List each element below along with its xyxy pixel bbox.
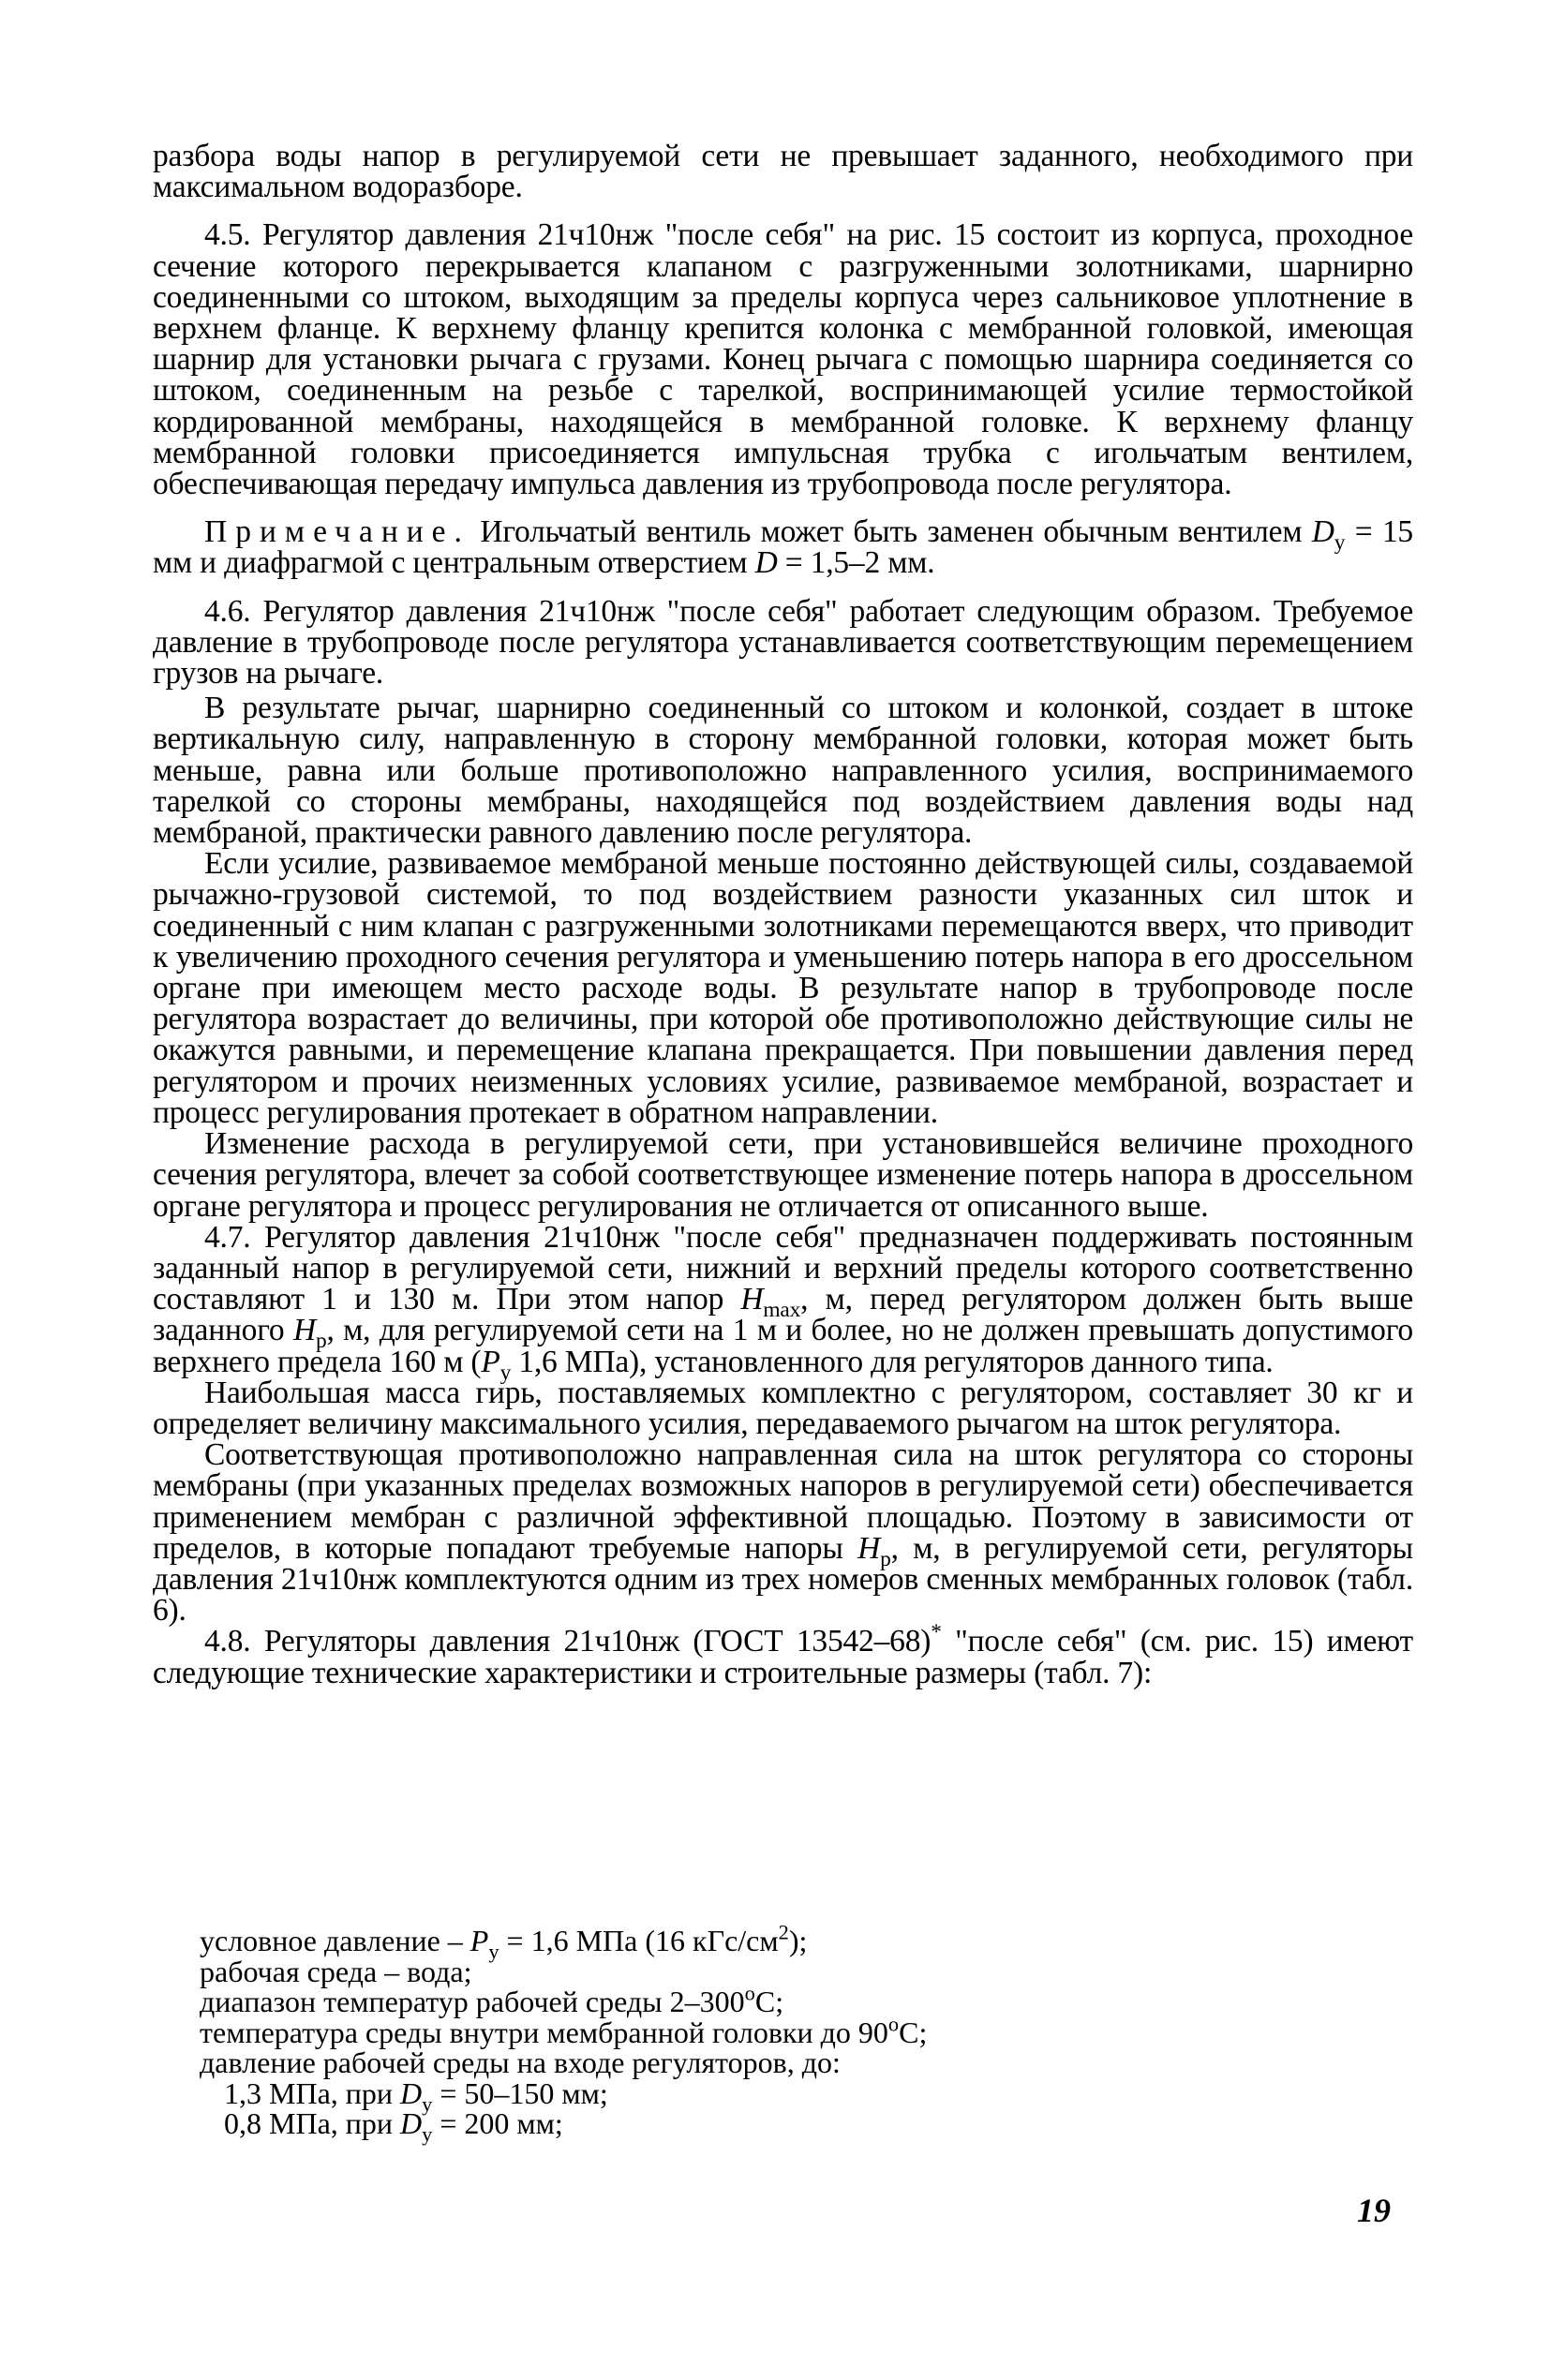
section-4-8: 4.8. Регуляторы давления 21ч10нж (ГОСТ 1… (153, 1626, 1413, 1688)
dy-subscript: y (422, 2122, 432, 2146)
d-symbol: D (755, 545, 778, 580)
dy-symbol: D (400, 2076, 422, 2110)
dy-symbol: D (400, 2106, 422, 2140)
paragraph-text: Изменение расхода в регулируемой сети, п… (153, 1126, 1413, 1223)
degree-sign: о (745, 1982, 755, 2005)
section-number: 4.6. (204, 594, 250, 629)
spec-text: диапазон температур рабочей среды 2–300 (200, 1985, 745, 2018)
section-4-5: 4.5. Регулятор давления 21ч10нж "после с… (153, 219, 1413, 499)
spec-temperature-head: температура среды внутри мембранной голо… (200, 2017, 1230, 2048)
spec-temperature-range: диапазон температур рабочей среды 2–300о… (200, 1986, 1230, 2017)
section-number: 4.5. (204, 217, 250, 252)
spec-label: давление рабочей среды на входе регулято… (200, 2045, 841, 2079)
spec-text: 0,8 МПа, при (224, 2106, 400, 2140)
spec-inlet-pressure-2: 0,8 МПа, при Dy = 200 мм; (200, 2108, 1230, 2139)
py-subscript: y (488, 1940, 499, 1963)
spec-label: условное давление – (200, 1924, 470, 1957)
section-text: Регулятор давления 21ч10нж "после себя" … (153, 217, 1413, 501)
section-4-7-paragraph-2: Наибольшая масса гирь, поставляемых комп… (153, 1377, 1413, 1439)
spec-text: 1,3 МПа, при (224, 2076, 400, 2110)
paragraph-text: В результате рычаг, шарнирно соединенный… (153, 691, 1413, 850)
spec-unit: С; (755, 1985, 783, 2018)
spec-inlet-pressure: давление рабочей среды на входе регулято… (200, 2047, 1230, 2078)
page-number: 19 (1357, 2191, 1391, 2230)
document-body: разбора воды напор в регулируемой сети н… (153, 141, 1413, 1688)
dy-symbol: D (1312, 514, 1334, 549)
section-4-6-paragraph-4: Изменение расхода в регулируемой сети, п… (153, 1128, 1413, 1222)
section-text-4: 1,6 МПа), установленного для регуляторов… (511, 1345, 1273, 1379)
section-text-1: Регуляторы давления 21ч10нж (ГОСТ 13542–… (264, 1624, 931, 1659)
spec-text: = 200 мм; (432, 2106, 562, 2140)
spec-inlet-pressure-1: 1,3 МПа, при Dy = 50–150 мм; (200, 2078, 1230, 2109)
spec-nominal-pressure: условное давление – Py = 1,6 МПа (16 кГс… (200, 1926, 1230, 1956)
py-symbol: P (470, 1924, 489, 1957)
note-text-1: Игольчатый вентиль может быть заменен об… (480, 514, 1311, 549)
spec-text: = 50–150 мм; (432, 2076, 607, 2110)
technical-specs-list: условное давление – Py = 1,6 МПа (16 кГс… (200, 1926, 1230, 2139)
spec-unit: С; (899, 2016, 927, 2049)
spec-value-end: ); (789, 1924, 808, 1957)
hmax-symbol: H (740, 1282, 763, 1316)
note-label: Примечание. (204, 514, 470, 549)
dy-subscript: y (1334, 530, 1346, 555)
section-4-7: 4.7. Регулятор давления 21ч10нж "после с… (153, 1222, 1413, 1377)
intro-paragraph: разбора воды напор в регулируемой сети н… (153, 141, 1413, 202)
section-4-7-paragraph-3: Соответствующая противоположно направлен… (153, 1439, 1413, 1626)
superscript: 2 (779, 1921, 789, 1944)
spec-medium: рабочая среда – вода; (200, 1956, 1230, 1987)
section-4-6: 4.6. Регулятор давления 21ч10нж "после с… (153, 596, 1413, 690)
paragraph-text: Наибольшая масса гирь, поставляемых комп… (153, 1376, 1413, 1441)
hp-symbol: H (293, 1313, 316, 1347)
hp-symbol: H (857, 1531, 880, 1566)
spec-text: температура среды внутри мембранной голо… (200, 2016, 888, 2049)
footnote-asterisk: * (931, 1620, 942, 1644)
note-paragraph: Примечание. Игольчатый вентиль может быт… (153, 516, 1413, 578)
degree-sign: о (888, 2012, 899, 2035)
section-number: 4.8. (204, 1624, 250, 1659)
spec-text: рабочая среда – вода; (200, 1955, 471, 1988)
section-4-6-paragraph-2: В результате рычаг, шарнирно соединенный… (153, 692, 1413, 848)
paragraph-text: Если усилие, развиваемое мембраной меньш… (153, 846, 1413, 1130)
intro-text: разбора воды напор в регулируемой сети н… (153, 139, 1413, 204)
note-text-3: = 1,5–2 мм. (778, 545, 935, 580)
section-4-6-paragraph-3: Если усилие, развиваемое мембраной меньш… (153, 848, 1413, 1128)
section-text: Регулятор давления 21ч10нж "после себя" … (153, 594, 1413, 691)
section-number: 4.7. (204, 1220, 250, 1255)
py-symbol: P (481, 1345, 499, 1379)
spec-value: = 1,6 МПа (16 кГс/см (499, 1924, 779, 1957)
